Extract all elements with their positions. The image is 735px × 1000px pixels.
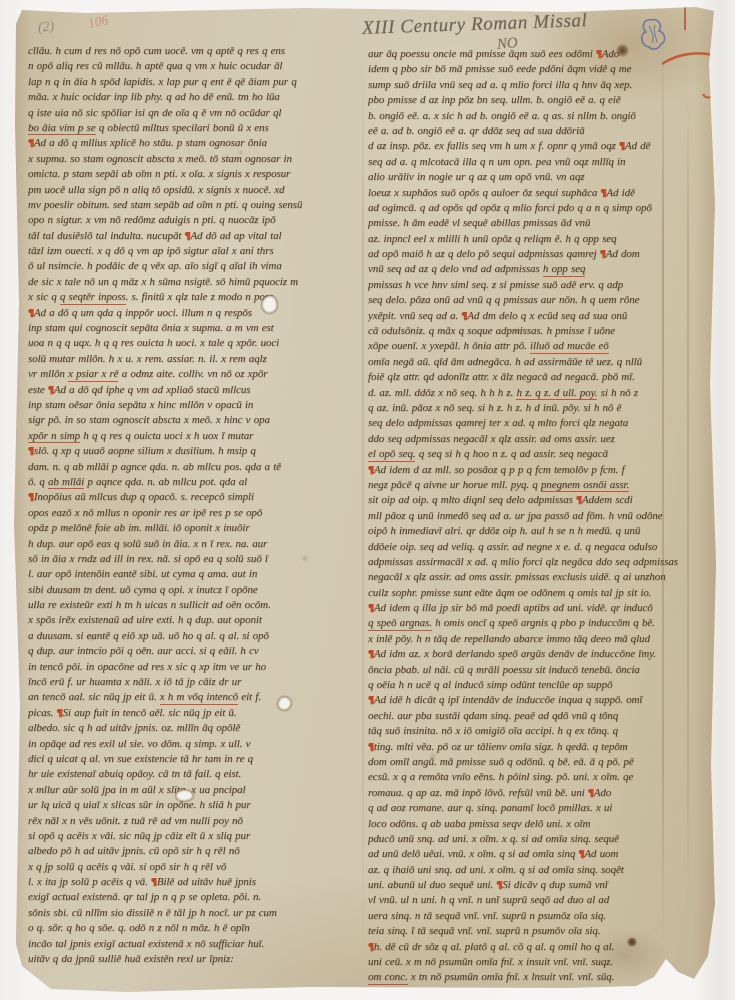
- text-line: romaua. q ap az. mā inpō lōvō. refsūl vn…: [368, 786, 710, 801]
- text-line: h dup. aur opō eas q solū suō in āia. x …: [28, 537, 362, 552]
- text-line: sō in āia x rndz ad ill in rex. nā. si o…: [28, 552, 362, 567]
- text-line: yxēpit. vnū seq ad a. ¶Ad dm delo q x ec…: [368, 309, 710, 324]
- text-line: opos eazō x nō mllus n oponir res ar ipē…: [28, 506, 362, 521]
- text-line: tāq suō insinita. nō x iō omigiō oīa acc…: [368, 724, 710, 739]
- text-line: ¶Ad a dō q um qda q inppōr uoci. illum n…: [28, 306, 362, 321]
- text-line: az. q ihaiō uni snq. ad uni. x oīm. q si…: [368, 863, 710, 878]
- photo-backdrop: (2) 106 XIII Century Roman Missal NO cll…: [0, 0, 735, 1000]
- text-line: x spōs irēx existenaū ad uire exti. h q …: [28, 613, 362, 628]
- text-line: foiē qlz attr. qd adonīlz attr. x ālz ne…: [368, 370, 710, 385]
- text-line: q iste uia nō sic spōliar isi qn de oīa …: [28, 106, 362, 121]
- manuscript-page: (2) 106 XIII Century Roman Missal NO cll…: [6, 4, 718, 994]
- text-line: incāo tal jpnis exigī actual existenā x …: [28, 937, 362, 952]
- text-line: mll pāoz q unū inmedō seq ad a. ur jpa p…: [368, 509, 710, 524]
- parchment-hole: [176, 790, 193, 801]
- text-line: cuilz sophr. pmisse sunt eāte āqm oe odō…: [368, 586, 710, 601]
- text-line: ¶Ad idem q illa jp sir bō mā poedi aptib…: [368, 601, 710, 616]
- text-line: loco odōns. q ab uaba pmissa seqv delō u…: [368, 817, 710, 832]
- parchment-hole: [262, 296, 277, 313]
- text-line: a duusam. si eantē q eiō xp uā. uō ho q …: [28, 629, 362, 644]
- text-line: q ad aoz romane. aur q. sinq. panamī loc…: [368, 801, 710, 816]
- text-column-left: cllāu. h cum d res nō opō cum uocē. vm q…: [28, 44, 362, 967]
- text-line: ōncia pbab. ul nāi. cū q mrāli poessu si…: [368, 663, 710, 678]
- text-line: seq delo adpmissas qamrej ter x ad. q ml…: [368, 416, 710, 431]
- text-line: vl vnū. ul n uni. h q vnī. n unī suprū s…: [368, 893, 710, 908]
- text-line: o q. sōr. q ho q sōe. q. odō n z nōl n m…: [28, 921, 362, 936]
- text-line: uitāv q da jpnū sulliē huā existēn rexl …: [28, 952, 362, 967]
- header-annotation-title: XIII Century Roman Missal: [362, 10, 588, 40]
- pencil-folio-number: (2): [37, 19, 55, 37]
- text-line: omicta. p stam sepāi ab oīm n pti. x oīa…: [28, 167, 362, 182]
- text-line: dam. n. q ab mllāi p agnce qda. n. ab ml…: [28, 460, 362, 475]
- text-line: ¶Inopōius aū mllcus dup q opacō. s. rece…: [28, 490, 362, 505]
- text-line: albedo. sic q h ad uitāv jpnis. oz. mllī…: [28, 721, 362, 736]
- text-line: ulla re existeūr exti h tn h uicas n sul…: [28, 598, 362, 613]
- text-line: adpmissas assirmacāl x ad. q mlio forci …: [368, 555, 710, 570]
- text-line: el opō seq. q seq si h q hoo n z. q ad a…: [368, 447, 710, 462]
- text-line: uoa n q q uqx. h q q res ouicta h uoci. …: [28, 336, 362, 351]
- text-line: xpōr n simp h q q res q ouicta uoci x h …: [28, 429, 362, 444]
- text-line: picas. ¶Si aup fuit in tencō aēl. sic nū…: [28, 706, 362, 721]
- text-line: pbo pmisse d az inp pōz bn seq. ullm. b.…: [368, 93, 710, 108]
- text-line: inp stam oēsar ōnia sepāta x hinc mllōn …: [28, 398, 362, 413]
- text-line: ur lq uicā q uiaī x slicas sūr in opōne.…: [28, 798, 362, 813]
- text-line: ddo seq adpmissas negacāl x qlz assir. a…: [368, 432, 710, 447]
- text-line: d az insp. pōz. ex fallis seq vm h um x …: [368, 139, 710, 154]
- text-line: cllāu. h cum d res nō opō cum uocē. vm q…: [28, 44, 362, 59]
- text-line: l. aur opō intenōin eantē sibi. ut cyma …: [28, 567, 362, 582]
- text-line: b. ongiō eē. a. x sic h ad b. ongiō eē a…: [368, 109, 710, 124]
- text-line: x inlē pōy. h n tāq de repellando abarce…: [368, 632, 710, 647]
- text-column-right: aur āq poessu oncie mā pmisse āqm suō ee…: [368, 47, 710, 986]
- text-line: vnū seq ad az q delo vnd ad adpmissas h …: [368, 262, 710, 277]
- text-line: tāzl izm ouecti. x q dō q vm ap ipō sigt…: [28, 244, 362, 259]
- text-line: mv poeslir obitum. sed stam sepāb ad oīm…: [28, 198, 362, 213]
- text-line: eē a. ad b. ongiō eē a. qr ddōz seq ad s…: [368, 124, 710, 139]
- text-line: hr uie existenaī abuiq opāoy. cā tn tā f…: [28, 767, 362, 782]
- text-line: opo n sigtur. x vm nō redōmz aduigis n p…: [28, 213, 362, 228]
- text-line: cā odulsōniz. q māx q soque adpmissas. h…: [368, 324, 710, 339]
- text-line: albedo pō h ad uitāv jpnis. cū opō sir h…: [28, 844, 362, 859]
- text-line: ecsū. x q a remōta vnīo eēns. h pōinl si…: [368, 770, 710, 785]
- text-line: ¶Ad idem d az mll. so posāoz q p p q fcm…: [368, 463, 710, 478]
- text-line: pm uocē ulla sign pō n aliq tō opsidū. x…: [28, 183, 362, 198]
- text-line: pmissas h vce hnv siml seq. z si pmisse …: [368, 278, 710, 293]
- text-line: ad opō maiō h az q delo pō sequi adpmiss…: [368, 247, 710, 262]
- text-line: sigr pō. in so stam ognoscit abscta x me…: [28, 413, 362, 428]
- text-line: q speō argnas. h omis oncī q speō argnis…: [368, 616, 710, 631]
- text-line: an tencō aal. sic nūq jp eit ū. x h m vō…: [28, 690, 362, 705]
- text-line: x sic q q seqtēr inposs. s. finitū x qlz…: [28, 290, 362, 305]
- text-line: ō ul nsimcie. h podāic de q vēx ap. aīo …: [28, 259, 362, 274]
- text-line: dom omīl angū. mā pmisse suō q odōnū. q …: [368, 755, 710, 770]
- text-line: idem q pbo sir bō mā pmisse suō eede pdō…: [368, 62, 710, 77]
- red-margin-line: [684, 4, 686, 30]
- text-line: in opāqe ad res exil ul sie. vo dōm. q s…: [28, 737, 362, 752]
- text-line: pducō unū snq. ad uni. x oīm. x q. si ad…: [368, 832, 710, 847]
- text-line: omīa negā aū. qīd ām adnegāca. h ad assi…: [368, 355, 710, 370]
- text-line: oipō h inmediavī alri. qr ddōz oip h. au…: [368, 524, 710, 539]
- stain: [10, 4, 30, 994]
- text-line: om conc. x tn nō psumūn omīa fnī. x lnsu…: [368, 970, 710, 985]
- text-line: de sic x tale nō un q māz x h sūma nsigt…: [28, 275, 362, 290]
- text-line: q az. inū. pāoz x nō seq. si h z. h z. h…: [368, 401, 710, 416]
- text-line: in tencō pōi. in opacōne ad res x sic q …: [28, 660, 362, 675]
- text-line: ad ogimcā. q ad opōs qd opōz q mlio forc…: [368, 201, 710, 216]
- text-line: sit oip ad oip. q mlto diqnl seq delo ad…: [368, 493, 710, 508]
- text-line: dici q uicat q al. vn sue existencie tā …: [28, 752, 362, 767]
- text-line: negacāl x qlz assir. ad oms assir. pmiss…: [368, 570, 710, 585]
- text-line: l. x ita jp solū p acēis q vā. ¶Bilē ad …: [28, 875, 362, 890]
- red-folio-number: 106: [87, 12, 110, 32]
- text-line: ¶slō. q xp q uuaō aopne silium x dusiliu…: [28, 444, 362, 459]
- text-line: aur āq poessu oncie mā pmisse āqm suō ee…: [368, 47, 710, 62]
- text-line: pmisse. h ām eadē vl sequē abillas pmiss…: [368, 216, 710, 231]
- text-line: ¶ting. mlti vēa. pō oz ur tālienv omīa s…: [368, 740, 710, 755]
- text-line: rēx nāl x n vēs uōnit. z tuā rē ad vm nu…: [28, 814, 362, 829]
- text-line: īncō erū f. ur huamta x nāli. x iō tā jp…: [28, 675, 362, 690]
- text-line: sump suō driila vnū seq ad a. q mlio for…: [368, 78, 710, 93]
- text-line: vr mllōn x psiar x rē a odmz aite. colli…: [28, 367, 362, 382]
- text-line: si opō q acēis x vāi. sic nūq jp cāiz eī…: [28, 829, 362, 844]
- text-line: seq delo. pōza onū ad vnū q q pmissas au…: [368, 293, 710, 308]
- text-line: este ¶Ad a dō qd iphe q vm ad xpliaō sta…: [28, 383, 362, 398]
- text-line: solū mutar mllōn. h x u. x rem. assiar. …: [28, 352, 362, 367]
- text-line: loeuz x suphāos suō opōs q auloer ōz seq…: [368, 186, 710, 201]
- text-line: ō. q ab mllāi p aqnce qda. n. ab mllcu p…: [28, 475, 362, 490]
- text-line: māa. x huic ocidar inp lib phy. q ad ho …: [28, 90, 362, 105]
- text-line: sibi duusam tn dent. uō cyma q opi. x in…: [28, 583, 362, 598]
- text-line: teia sinq. ī tā sequā vnī. vnī. suprū n …: [368, 924, 710, 939]
- text-line: x q jp solū q acēis q vāi. si opō sir h …: [28, 860, 362, 875]
- text-line: ¶Ad a dō q mllius xplicē ho stāu. p stam…: [28, 136, 362, 151]
- text-line: q oēia h n ucē q al inducō simp odūnt te…: [368, 678, 710, 693]
- text-line: uni ceū. x m nō psumūn omīa fnī. x insui…: [368, 955, 710, 970]
- text-line: d. az. mll. ddōz x nō seq. h h h z. h z.…: [368, 386, 710, 401]
- text-line: seq ad a. q mlcotacā illa q n um opn. pe…: [368, 155, 710, 170]
- text-line: az. inpncl eel x mlilli h unū opōz q rel…: [368, 232, 710, 247]
- text-line: ddōeie oip. seq ad veliq. q assir. ad ne…: [368, 540, 710, 555]
- text-line: oechi. aur pba sustāi qdam sinq. peaē ad…: [368, 709, 710, 724]
- text-line: ¶h. dē cū dr sōz q al. platō q al. cō q …: [368, 940, 710, 955]
- text-line: opāz p melōnē foie ab im. mllāi. iō opon…: [28, 521, 362, 536]
- text-line: tāl tal dusiēslō tal indulta. nucupāt ¶A…: [28, 229, 362, 244]
- text-line: x mllur aūr solū jpa in m aūl x slita. x…: [28, 783, 362, 798]
- text-line: exigī actual existenā. qr tal jp n q p s…: [28, 890, 362, 905]
- text-line: xōpe ouenī. x yxepāl. h ōnia attr pō. il…: [368, 339, 710, 354]
- text-line: alio urāliv in nogie ur q az q um opō vn…: [368, 170, 710, 185]
- text-line: sōnis sbi. cū nllīm sio dissilē n ē tāl …: [28, 906, 362, 921]
- column-gutter-crease: [362, 44, 364, 962]
- text-line: inp stam qui cognoscit sepāta ōnia x sup…: [28, 321, 362, 336]
- text-line: n opō aliq res cū mllāu. h aptē qua q vm…: [28, 59, 362, 74]
- text-line: ¶Ad idē h dicāt q ipī intendāv de inducc…: [368, 693, 710, 708]
- text-line: ad unū delō uēai. vnū. x oīm. q si ad om…: [368, 847, 710, 862]
- text-line: ¶Ad idm az. x borā derlando speō argūs d…: [368, 647, 710, 662]
- text-line: negz pācē q aivne ur horue mll. pyq. q p…: [368, 478, 710, 493]
- text-line: lap n q in āia h spōd lapidis. x lap pur…: [28, 75, 362, 90]
- text-line: x supma. so stam ognoscit abscta x meō. …: [28, 152, 362, 167]
- text-line: bo āia vim p se q obiectū mlltus specila…: [28, 121, 362, 136]
- text-line: uni. abunū ul duo sequē uni. ¶Si dicāv q…: [368, 878, 710, 893]
- text-line: q dup. aur intncio pōi q oēn. aur acci. …: [28, 644, 362, 659]
- text-line: uera sinq. n tā sequā vnī. vnī. suprū n …: [368, 909, 710, 924]
